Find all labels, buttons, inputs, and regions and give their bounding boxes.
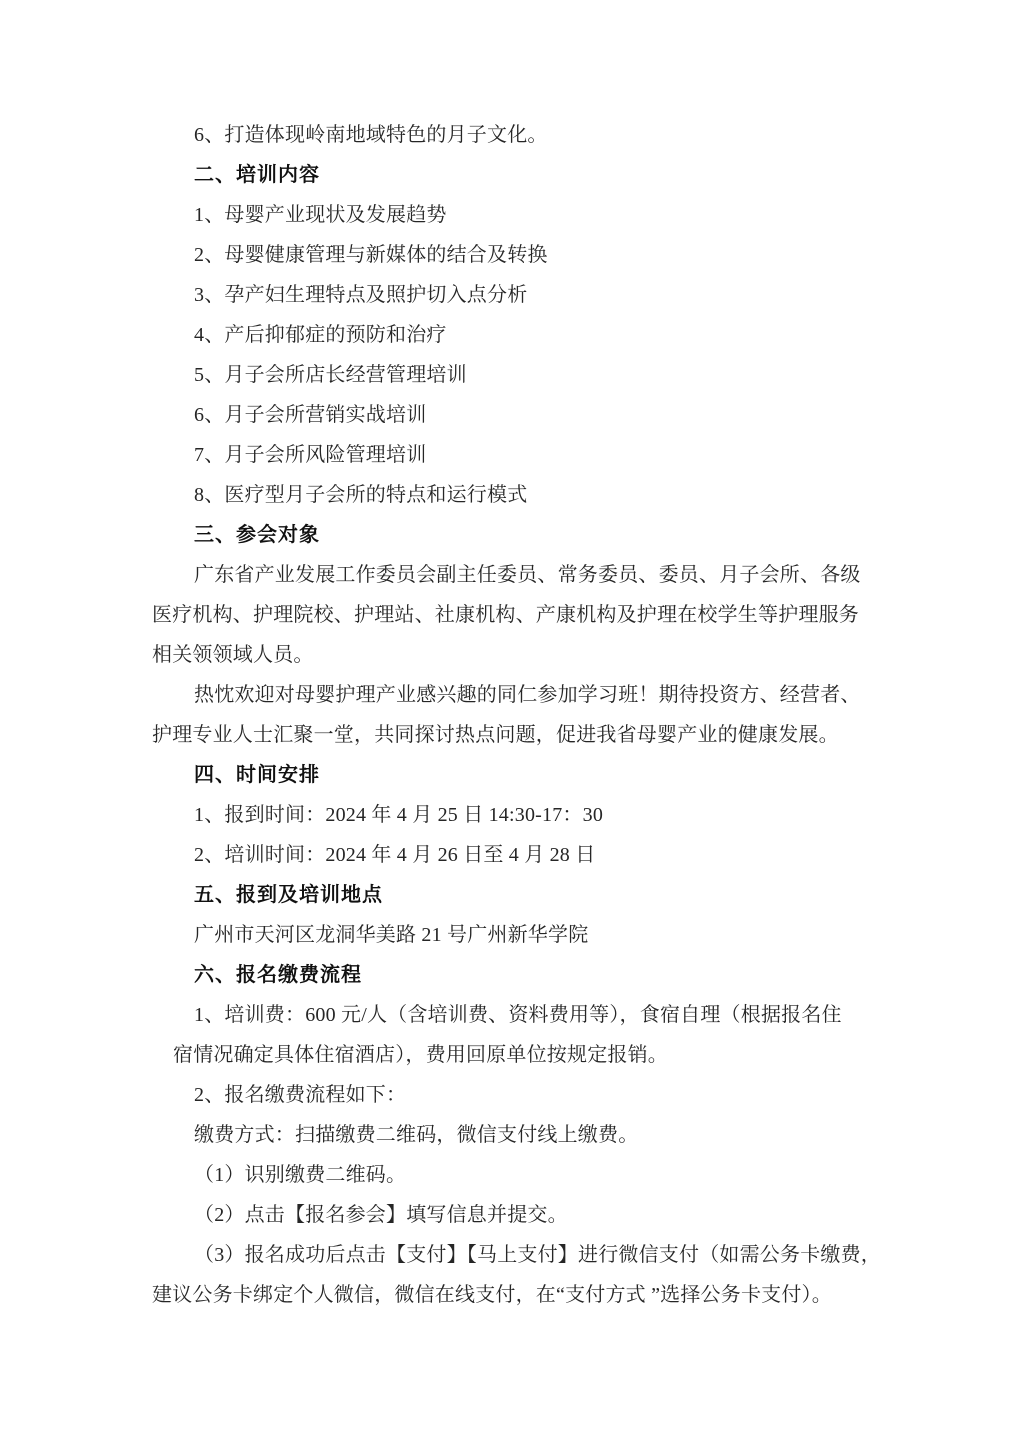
doc-line: 5、月子会所店长经营管理培训 bbox=[152, 355, 892, 395]
doc-line: 四、时间安排 bbox=[152, 755, 892, 795]
doc-line: （1）识别缴费二维码。 bbox=[152, 1155, 892, 1195]
doc-line: 相关领领域人员。 bbox=[152, 635, 892, 675]
doc-line: 二、培训内容 bbox=[152, 155, 892, 195]
doc-line: 1、培训费：600 元/人（含培训费、资料费用等），食宿自理（根据报名住 bbox=[152, 995, 892, 1035]
doc-line: 8、医疗型月子会所的特点和运行模式 bbox=[152, 475, 892, 515]
doc-line: 6、月子会所营销实战培训 bbox=[152, 395, 892, 435]
doc-line: 6、打造体现岭南地域特色的月子文化。 bbox=[152, 115, 892, 155]
doc-line: 2、报名缴费流程如下： bbox=[152, 1075, 892, 1115]
doc-line: 1、报到时间：2024 年 4 月 25 日 14:30-17：30 bbox=[152, 795, 892, 835]
document-page: 6、打造体现岭南地域特色的月子文化。二、培训内容1、母婴产业现状及发展趋势2、母… bbox=[0, 0, 1024, 1447]
doc-line: 3、孕产妇生理特点及照护切入点分析 bbox=[152, 275, 892, 315]
doc-line: 六、报名缴费流程 bbox=[152, 955, 892, 995]
doc-line: （3）报名成功后点击【支付】【马上支付】进行微信支付（如需公务卡缴费， bbox=[152, 1235, 892, 1275]
doc-line: 热忱欢迎对母婴护理产业感兴趣的同仁参加学习班！期待投资方、经营者、 bbox=[152, 675, 892, 715]
doc-line: 广东省产业发展工作委员会副主任委员、常务委员、委员、月子会所、各级 bbox=[152, 555, 892, 595]
doc-line: 医疗机构、护理院校、护理站、社康机构、产康机构及护理在校学生等护理服务 bbox=[152, 595, 892, 635]
doc-line: 广州市天河区龙洞华美路 21 号广州新华学院 bbox=[152, 915, 892, 955]
document-text-block: 6、打造体现岭南地域特色的月子文化。二、培训内容1、母婴产业现状及发展趋势2、母… bbox=[152, 115, 892, 1315]
doc-line: 护理专业人士汇聚一堂，共同探讨热点问题，促进我省母婴产业的健康发展。 bbox=[152, 715, 892, 755]
doc-line: 7、月子会所风险管理培训 bbox=[152, 435, 892, 475]
doc-line: 4、产后抑郁症的预防和治疗 bbox=[152, 315, 892, 355]
doc-line: 宿情况确定具体住宿酒店），费用回原单位按规定报销。 bbox=[152, 1035, 892, 1075]
doc-line: 缴费方式：扫描缴费二维码，微信支付线上缴费。 bbox=[152, 1115, 892, 1155]
doc-line: 2、母婴健康管理与新媒体的结合及转换 bbox=[152, 235, 892, 275]
doc-line: 1、母婴产业现状及发展趋势 bbox=[152, 195, 892, 235]
doc-line: 五、报到及培训地点 bbox=[152, 875, 892, 915]
doc-line: 2、培训时间：2024 年 4 月 26 日至 4 月 28 日 bbox=[152, 835, 892, 875]
doc-line: （2）点击【报名参会】填写信息并提交。 bbox=[152, 1195, 892, 1235]
doc-line: 三、参会对象 bbox=[152, 515, 892, 555]
doc-line: 建议公务卡绑定个人微信，微信在线支付，在“支付方式 ”选择公务卡支付）。 bbox=[152, 1275, 892, 1315]
